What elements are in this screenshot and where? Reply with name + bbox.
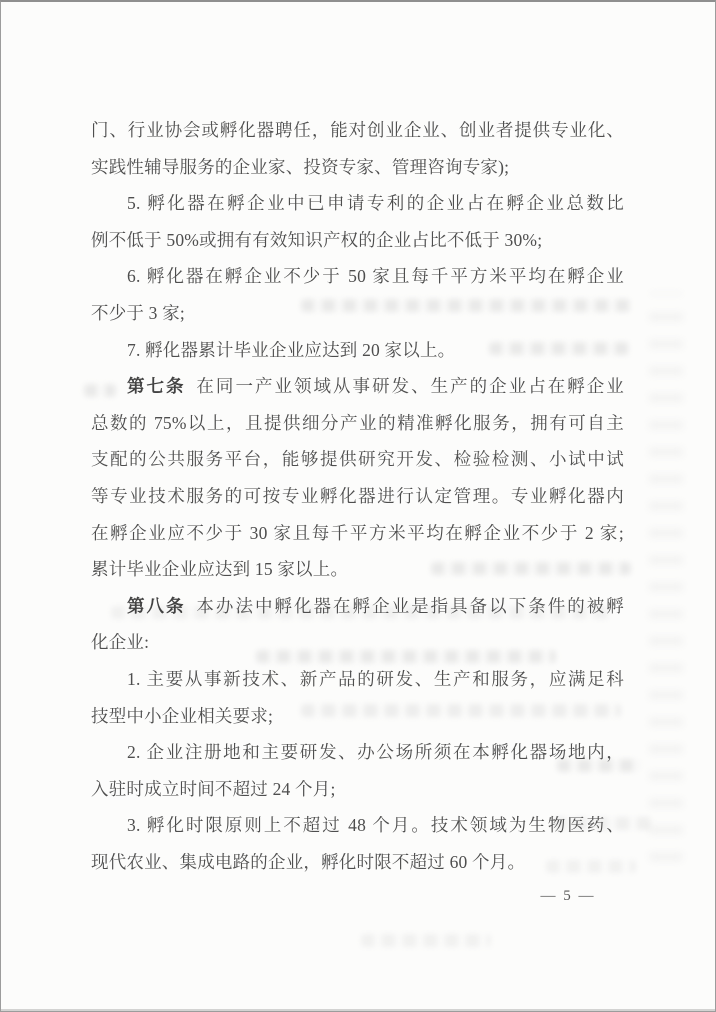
article-heading: 第八条 [127, 596, 186, 616]
text-line: 6. 孵化器在孵企业不少于 50 家且每千平方米平均在孵企业 [91, 258, 624, 295]
text-line: 实践性辅导服务的企业家、投资专家、管理咨询专家); [91, 149, 624, 186]
text-segment: 累计毕业企业应达到 15 家以上。 [91, 559, 348, 579]
text-line: 技型中小企业相关要求; [91, 698, 624, 735]
text-segment: 例不低于 50%或拥有有效知识产权的企业占比不低于 30%; [91, 230, 542, 250]
text-line: 现代农业、集成电路的企业，孵化时限不超过 60 个月。 [91, 844, 624, 881]
text-segment: 在孵企业应不少于 30 家且每千平方米平均在孵企业不少于 2 家; [91, 523, 624, 543]
text-line: 等专业技术服务的可按专业孵化器进行认定管理。专业孵化器内 [91, 478, 624, 515]
text-line: 入驻时成立时间不超过 24 个月; [91, 771, 624, 808]
text-line: 1. 主要从事新技术、新产品的研发、生产和服务，应满足科 [91, 661, 624, 698]
text-line: 7. 孵化器累计毕业企业应达到 20 家以上。 [91, 332, 624, 369]
text-line: 门、行业协会或孵化器聘任，能对创业企业、创业者提供专业化、 [91, 112, 624, 149]
text-segment: 本办法中孵化器在孵企业是指具备以下条件的被孵 [196, 596, 624, 616]
scanned-document-page: 门、行业协会或孵化器聘任，能对创业企业、创业者提供专业化、实践性辅导服务的企业家… [0, 0, 716, 1012]
text-line: 第七条在同一产业领域从事研发、生产的企业占在孵企业 [91, 368, 624, 405]
text-segment: 实践性辅导服务的企业家、投资专家、管理咨询专家); [91, 157, 509, 177]
text-segment: 1. 主要从事新技术、新产品的研发、生产和服务，应满足科 [127, 669, 624, 689]
text-line: 2. 企业注册地和主要研发、办公场所须在本孵化器场地内， [91, 734, 624, 771]
text-segment: 5. 孵化器在孵企业中已申请专利的企业占在孵企业总数比 [127, 193, 624, 213]
article-heading: 第七条 [127, 376, 186, 396]
text-line: 支配的公共服务平台，能够提供研究开发、检验检测、小试中试 [91, 441, 624, 478]
text-segment: 在同一产业领域从事研发、生产的企业占在孵企业 [196, 376, 624, 396]
text-line: 累计毕业企业应达到 15 家以上。 [91, 551, 624, 588]
text-line: 不少于 3 家; [91, 295, 624, 332]
text-line: 5. 孵化器在孵企业中已申请专利的企业占在孵企业总数比 [91, 185, 624, 222]
text-line: 化企业: [91, 624, 624, 661]
page-number: — 5 — [526, 888, 610, 905]
text-line: 3. 孵化时限原则上不超过 48 个月。技术领域为生物医药、 [91, 807, 624, 844]
text-segment: 技型中小企业相关要求; [91, 706, 273, 726]
text-segment: 支配的公共服务平台，能够提供研究开发、检验检测、小试中试 [91, 449, 624, 469]
text-segment: 总数的 75%以上，且提供细分产业的精准孵化服务，拥有可自主 [91, 413, 624, 433]
text-segment: 化企业: [91, 632, 149, 652]
text-segment: 门、行业协会或孵化器聘任，能对创业企业、创业者提供专业化、 [91, 120, 624, 140]
scan-bleed-artifact [361, 934, 491, 947]
text-segment: 6. 孵化器在孵企业不少于 50 家且每千平方米平均在孵企业 [127, 266, 624, 286]
text-segment: 3. 孵化时限原则上不超过 48 个月。技术领域为生物医药、 [127, 815, 624, 835]
text-segment: 2. 企业注册地和主要研发、办公场所须在本孵化器场地内， [127, 742, 624, 762]
document-body: 门、行业协会或孵化器聘任，能对创业企业、创业者提供专业化、实践性辅导服务的企业家… [91, 112, 624, 880]
text-segment: 现代农业、集成电路的企业，孵化时限不超过 60 个月。 [91, 852, 525, 872]
text-line: 总数的 75%以上，且提供细分产业的精准孵化服务，拥有可自主 [91, 405, 624, 442]
text-segment: 不少于 3 家; [91, 303, 185, 323]
text-segment: 等专业技术服务的可按专业孵化器进行认定管理。专业孵化器内 [91, 486, 624, 506]
text-line: 在孵企业应不少于 30 家且每千平方米平均在孵企业不少于 2 家; [91, 515, 624, 552]
text-line: 第八条本办法中孵化器在孵企业是指具备以下条件的被孵 [91, 588, 624, 625]
text-segment: 入驻时成立时间不超过 24 个月; [91, 779, 336, 799]
text-segment: 7. 孵化器累计毕业企业应达到 20 家以上。 [127, 340, 455, 360]
text-line: 例不低于 50%或拥有有效知识产权的企业占比不低于 30%; [91, 222, 624, 259]
scan-bleed-artifact [649, 292, 683, 862]
